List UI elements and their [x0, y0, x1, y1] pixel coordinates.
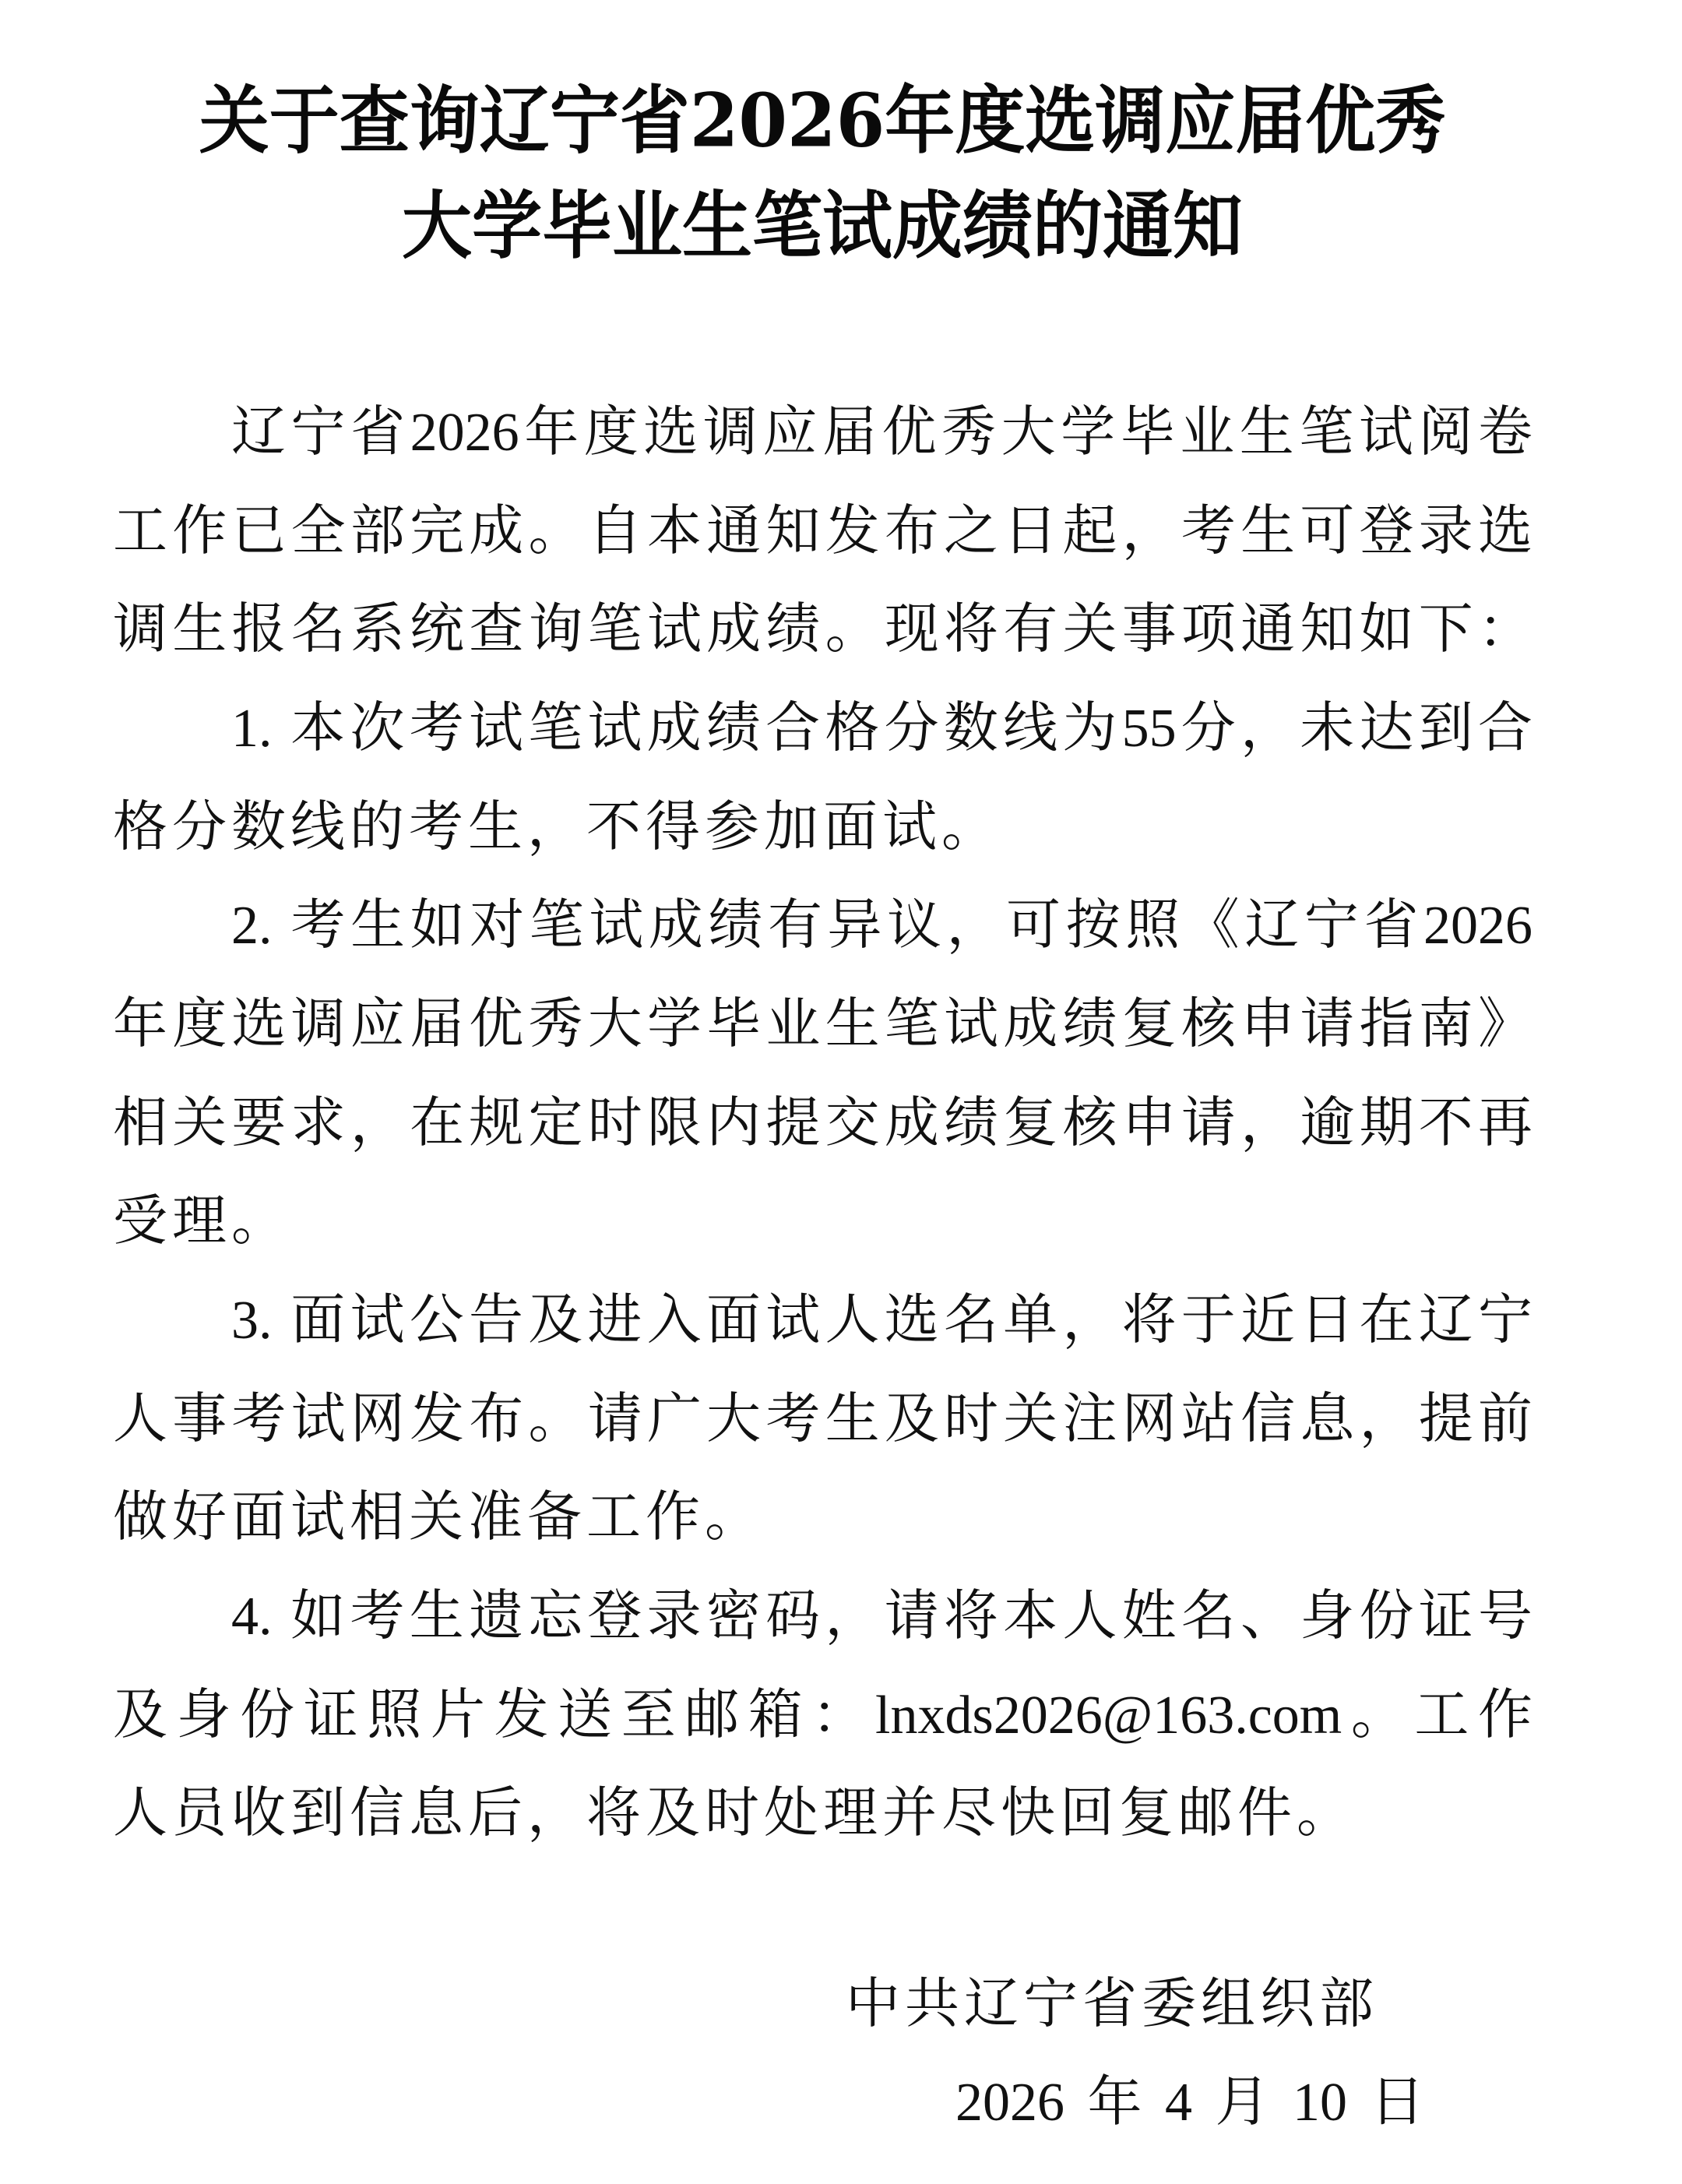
intro-line-3: 调生报名系统查询笔试成绩。现将有关事项通知如下：	[113, 581, 1532, 679]
signature-organization: 中共辽宁省委组织部	[846, 1956, 1378, 2054]
item-4-line-2-with-email: 及身份证照片发送至邮箱：lnxds2026@163.com。工作	[113, 1667, 1532, 1765]
item-2-line-3: 相关要求，在规定时限内提交成绩复核申请，逾期不再	[113, 1075, 1532, 1173]
item-1-line-1: 1. 本次考试笔试成绩合格分数线为55分，未达到合	[231, 680, 1532, 778]
notice-page: 关于查询辽宁省2026年度选调应届优秀 大学毕业生笔试成绩的通知 辽宁省2026…	[0, 0, 1682, 2184]
item-1-line-2: 格分数线的考生，不得参加面试。	[113, 779, 1532, 877]
signature-date: 2026 年 4 月 10 日	[955, 2054, 1425, 2152]
item-2-line-1: 2. 考生如对笔试成绩有异议，可按照《辽宁省2026	[231, 877, 1532, 975]
item-4-line-1: 4. 如考生遗忘登录密码，请将本人姓名、身份证号	[231, 1568, 1532, 1666]
intro-line-1: 辽宁省2026年度选调应届优秀大学毕业生笔试阅卷	[231, 384, 1532, 482]
document-title-line-1: 关于查询辽宁省2026年度选调应届优秀	[0, 66, 1645, 177]
item-2-line-4: 受理。	[113, 1173, 1532, 1271]
item-3-line-1: 3. 面试公告及进入面试人选名单，将于近日在辽宁	[231, 1272, 1532, 1370]
item-4-line-3: 人员收到信息后，将及时处理并尽快回复邮件。	[113, 1765, 1532, 1863]
item-3-line-3: 做好面试相关准备工作。	[113, 1469, 1532, 1567]
item-3-line-2: 人事考试网发布。请广大考生及时关注网站信息，提前	[113, 1371, 1532, 1469]
item-2-line-2: 年度选调应届优秀大学毕业生笔试成绩复核申请指南》	[113, 976, 1532, 1074]
intro-line-2: 工作已全部完成。自本通知发布之日起，考生可登录选	[113, 483, 1532, 581]
document-title-line-2: 大学毕业生笔试成绩的通知	[0, 171, 1645, 282]
